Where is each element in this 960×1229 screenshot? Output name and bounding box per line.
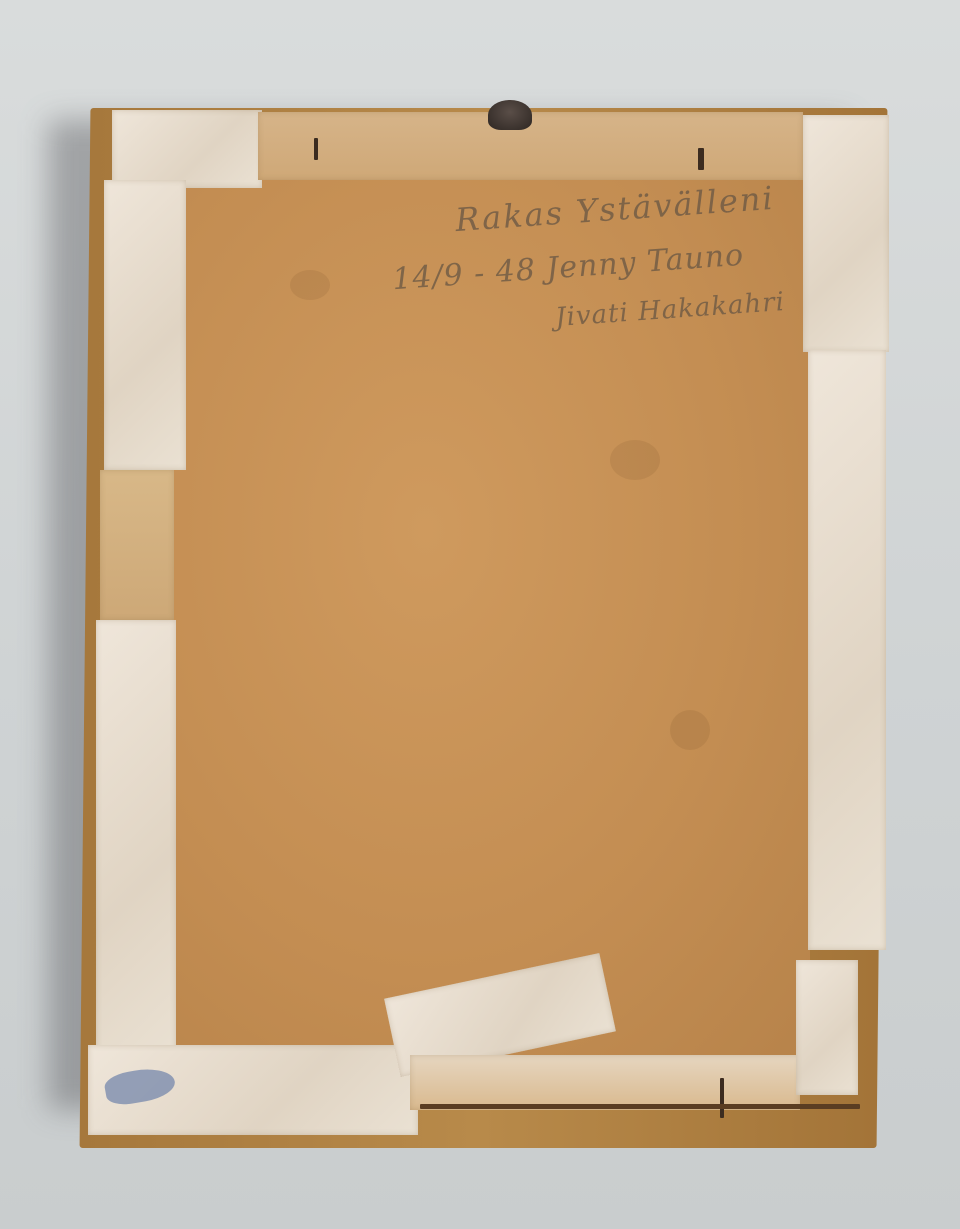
tape-top-left [112, 110, 262, 188]
metal-hanger [488, 100, 532, 130]
tape-left-upper [104, 180, 186, 470]
nail [720, 1078, 724, 1118]
tape-right [808, 350, 886, 950]
tape-left-mid [100, 470, 174, 620]
nail [698, 148, 704, 170]
stain [610, 440, 660, 480]
frame-edge [420, 1104, 860, 1109]
nail [314, 138, 318, 160]
tape-bottom [410, 1055, 800, 1110]
stain [670, 710, 710, 750]
tape-top-right [803, 115, 889, 352]
stain [290, 270, 330, 300]
tape-bottom-right [796, 960, 858, 1095]
tape-left-lower [96, 620, 176, 1060]
